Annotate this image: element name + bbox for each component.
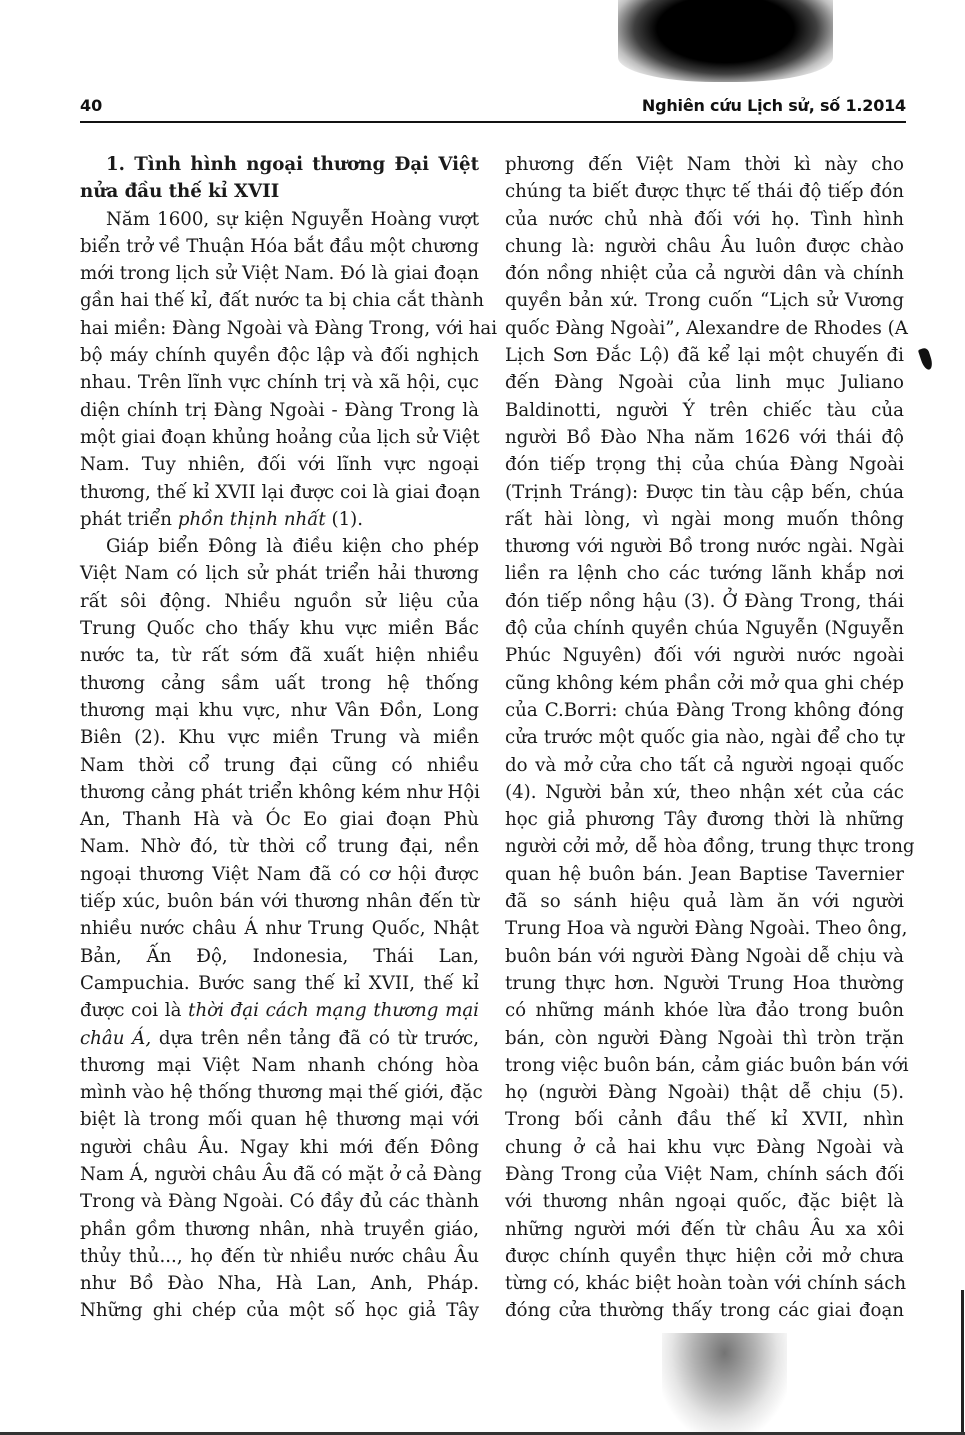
text-line: Phúc Nguyên) đối với người nước ngoài — [505, 642, 904, 669]
text-line: chung là: người châu Âu luôn được chào — [505, 233, 904, 260]
text-line: bán, còn người Đàng Ngoài thì tròn trặn — [505, 1025, 904, 1052]
scan-smudge-bottom — [662, 1333, 787, 1433]
text-line: Giáp biển Đông là điều kiện cho phép — [80, 533, 479, 560]
text-line: thương, thế kỉ XVII lại được coi là giai… — [80, 479, 479, 506]
section-heading: 1. Tình hình ngoại thương Đại Việt — [80, 151, 479, 178]
text-line: ngoại thương Việt Nam đã có cơ hội được — [80, 861, 479, 888]
text-line: quốc Đàng Ngoài”, Alexandre de Rhodes (A — [505, 315, 904, 342]
text-line: nước ta, từ rất sớm đã xuất hiện nhiều — [80, 642, 479, 669]
text-line: của C.Borri: chúa Đàng Trong không đóng — [505, 697, 904, 724]
text-line: cũng không kém phần cởi mở qua ghi chép — [505, 670, 904, 697]
text-line: Trong và Đàng Ngoài. Có đầy đủ các thành — [80, 1188, 479, 1215]
text-line: họ (người Đàng Ngoài) thật dễ chịu (5). — [505, 1079, 904, 1106]
text-line: một giai đoạn khủng hoảng của lịch sử Vi… — [80, 424, 479, 451]
text-line: thủy thủ..., họ đến từ nhiều nước châu Â… — [80, 1243, 479, 1270]
text-line: Baldinotti, người Ý trên chiếc tàu của — [505, 397, 904, 424]
text-line: Lịch Sơn Đắc Lộ) đã kể lại một chuyến đi — [505, 342, 904, 369]
text-line: biệt là trong mối quan hệ thương mại với — [80, 1106, 479, 1133]
text-line: Trong bối cảnh đầu thế kỉ XVII, nhìn — [505, 1106, 904, 1133]
text-line: mới trong lịch sử Việt Nam. Đó là giai đ… — [80, 260, 479, 287]
text-line: Trung Quốc cho thấy khu vực miền Bắc — [80, 615, 479, 642]
page-number: 40 — [80, 96, 102, 115]
text-line: chung ở cả hai khu vực Đàng Ngoài và — [505, 1134, 904, 1161]
text-line: diện chính trị Đàng Ngoài - Đàng Trong l… — [80, 397, 479, 424]
text-line: Biên (2). Khu vực miền Trung và miền — [80, 724, 479, 751]
text-line: đóng cửa thường thấy trong các giai đoạn — [505, 1297, 904, 1324]
italic-phrase: thời đại cách mạng thương mại — [188, 1000, 479, 1021]
text-line: Năm 1600, sự kiện Nguyễn Hoàng vượt — [80, 206, 479, 233]
text-line: mình vào hệ thống thương mại thế giới, đ… — [80, 1079, 479, 1106]
right-column: phương đến Việt Nam thời kì này cho chún… — [505, 151, 904, 1325]
text-line: như Bồ Đào Nha, Hà Lan, Anh, Pháp. — [80, 1270, 479, 1297]
text-line: (Trịnh Tráng): Được tin tàu cập bến, chú… — [505, 479, 904, 506]
text-line: chúng ta biết được thực tế thái độ tiếp … — [505, 178, 904, 205]
text-line: An, Thanh Hà và Óc Eo giai đoạn Phù — [80, 806, 479, 833]
text-line: những người mới đến từ châu Âu xa xôi — [505, 1216, 904, 1243]
text-line: trong việc buôn bán, cảm giác buôn bán v… — [505, 1052, 904, 1079]
text-line: Nam thời cổ trung đại cũng có nhiều — [80, 752, 479, 779]
text-line: đón tiếp nồng hậu (3). Ở Đàng Trong, thá… — [505, 588, 904, 615]
text-line: của nước chủ nhà đối với họ. Tình hình — [505, 206, 904, 233]
text-line: thương cảng sầm uất trong hệ thống — [80, 670, 479, 697]
text-line: Trung Hoa và người Đàng Ngoài. Theo ông, — [505, 915, 904, 942]
text-line: Nam. Nhờ đó, từ thời cổ trung đại, nền — [80, 833, 479, 860]
text-line: Nam Á, người châu Âu đã có mặt ở cả Đàng — [80, 1161, 479, 1188]
text-line: bộ máy chính quyền độc lập và đối nghịch — [80, 342, 479, 369]
footnote-ref: (1). — [326, 509, 363, 530]
text-line: từng có, khác biệt hoàn toàn với chính s… — [505, 1270, 904, 1297]
text-line: quan hệ buôn bán. Jean Baptise Tavernier — [505, 861, 904, 888]
text-line: trung thực hơn. Người Trung Hoa thường — [505, 970, 904, 997]
text-line: nhau. Trên lĩnh vực chính trị và xã hội,… — [80, 369, 479, 396]
text-line: có những mánh khóe lừa đảo trong buôn — [505, 997, 904, 1024]
text-line: được chính quyền thực hiện cởi mở chưa — [505, 1243, 904, 1270]
text-line: phần gồm thương nhân, nhà truyền giáo, — [80, 1216, 479, 1243]
italic-phrase: phồn thịnh nhất — [178, 509, 326, 530]
italic-phrase: châu Á, — [80, 1028, 151, 1049]
text-line: Những ghi chép của một số học giả Tây — [80, 1297, 479, 1324]
text-line: Nam. Tuy nhiên, đối với lĩnh vực ngoại — [80, 451, 479, 478]
text-line: phương đến Việt Nam thời kì này cho — [505, 151, 904, 178]
text-line: đã so sánh hiệu quả làm ăn với người — [505, 888, 904, 915]
journal-title: Nghiên cứu Lịch sử, số 1.2014 — [642, 96, 906, 115]
text-line: Campuchia. Bước sang thế kỉ XVII, thế kỉ — [80, 970, 479, 997]
text-line: độ của chính quyền chúa Nguyễn (Nguyễn — [505, 615, 904, 642]
text-line: liền ra lệnh cho các tướng lãnh khắp nơi — [505, 560, 904, 587]
page-edge-right — [961, 1290, 964, 1435]
text-line: thương với người Bồ trong nước ngài. Ngà… — [505, 533, 904, 560]
text-line: quyền bản xứ. Trong cuốn “Lịch sử Vương — [505, 287, 904, 314]
text-line: đón nồng nhiệt của cả người dân và chính — [505, 260, 904, 287]
text-run: được coi là — [80, 1000, 188, 1021]
section-heading: nửa đầu thế kỉ XVII — [80, 178, 479, 205]
text-line: thương mại Việt Nam nhanh chóng hòa — [80, 1052, 479, 1079]
text-line: người Bồ Đào Nha năm 1626 với thái độ — [505, 424, 904, 451]
header-rule — [80, 121, 906, 123]
text-line: người cởi mở, dễ hòa đồng, trung thực tr… — [505, 833, 904, 860]
text-line: học giả phương Tây đương thời là những — [505, 806, 904, 833]
scan-smudge-top — [618, 0, 833, 82]
text-line: Đàng Trong của Việt Nam, chính sách đối — [505, 1161, 904, 1188]
text-line: được coi là thời đại cách mạng thương mạ… — [80, 997, 479, 1024]
text-line: thương cảng phát triển không kém như Hội — [80, 779, 479, 806]
text-line: cửa trước một quốc gia nào, ngài để cho … — [505, 724, 904, 751]
margin-mark — [918, 347, 934, 371]
text-line: gần hai thế kỉ, đất nước ta bị chia cắt … — [80, 287, 479, 314]
text-line: Bản, Ấn Độ, Indonesia, Thái Lan, — [80, 943, 479, 970]
text-line: Việt Nam có lịch sử phát triển hải thươn… — [80, 560, 479, 587]
text-run: dựa trên nền tảng đã có từ trước, — [151, 1028, 479, 1049]
text-line: đón tiếp trọng thị của chúa Đàng Ngoài — [505, 451, 904, 478]
text-line: châu Á, dựa trên nền tảng đã có từ trước… — [80, 1025, 479, 1052]
text-line: biển trở về Thuận Hóa bắt đầu một chương — [80, 233, 479, 260]
text-line: hai miền: Đàng Ngoài và Đàng Trong, với … — [80, 315, 479, 342]
text-line: với thương nhân ngoại quốc, đặc biệt là — [505, 1188, 904, 1215]
text-line: do và mở cửa cho tất cả người ngoại quốc — [505, 752, 904, 779]
text-line: người châu Âu. Ngay khi mới đến Đông — [80, 1134, 479, 1161]
text-line: tiếp xúc, buôn bán với thương nhân đến t… — [80, 888, 479, 915]
text-line: (4). Người bản xứ, theo nhận xét của các — [505, 779, 904, 806]
text-line: buôn bán với người Đàng Ngoài dễ chịu và — [505, 943, 904, 970]
text-line: rất sôi động. Nhiều nguồn sử liệu của — [80, 588, 479, 615]
text-line: thương mại khu vực, như Vân Đồn, Long — [80, 697, 479, 724]
text-line: nhiều nước châu Á như Trung Quốc, Nhật — [80, 915, 479, 942]
text-line: phát triển phồn thịnh nhất (1). — [80, 506, 479, 533]
text-line: đến Đàng Ngoài của linh mục Juliano — [505, 369, 904, 396]
text-run: phát triển — [80, 509, 172, 530]
left-column: 1. Tình hình ngoại thương Đại Việt nửa đ… — [80, 151, 479, 1325]
text-line: rất hài lòng, vì ngài mong muốn thông — [505, 506, 904, 533]
running-head: 40 Nghiên cứu Lịch sử, số 1.2014 — [80, 96, 906, 120]
